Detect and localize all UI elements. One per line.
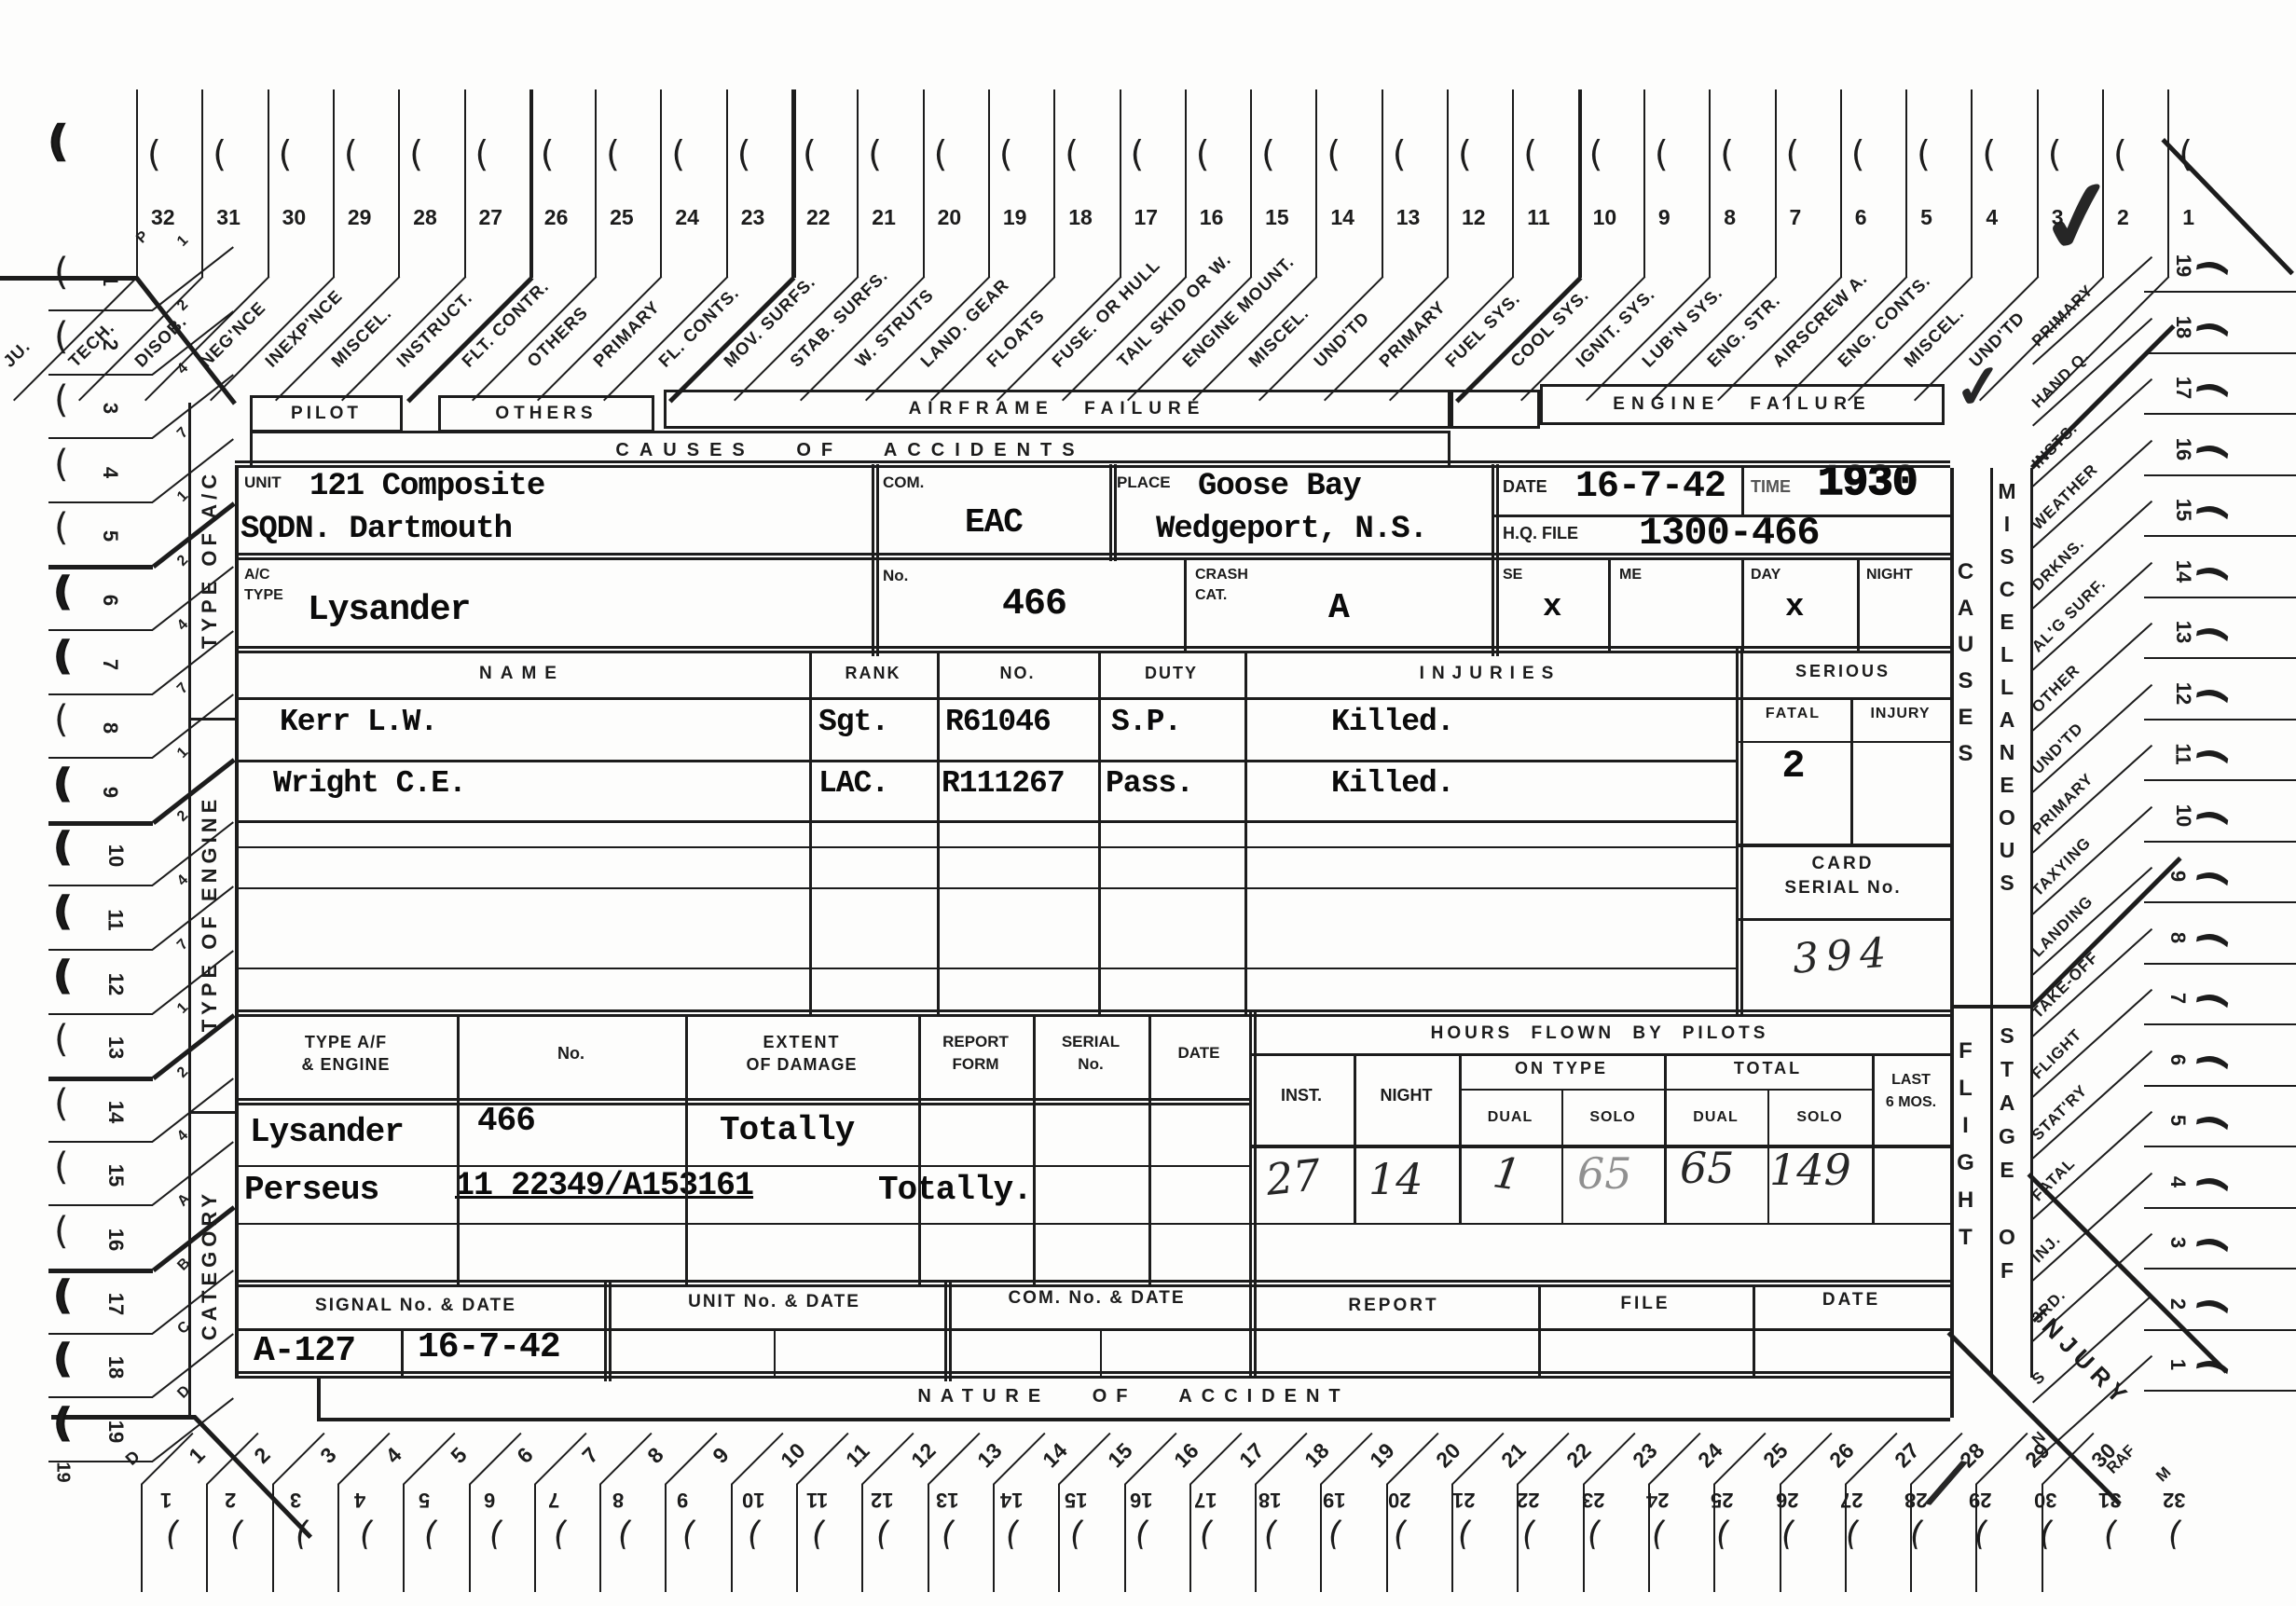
name-header-cell: NAME [235,664,809,684]
grid-line [1950,1378,1954,1418]
grid-line [401,1328,404,1378]
grid-line [774,1328,776,1378]
bottom-slot-number-inverted: 13 [936,1488,958,1512]
punch-slot-glyph: ( [54,893,71,930]
top-slot-label: PRIMARY [1375,296,1450,371]
hours-ontype-solo-value: 65 [1577,1148,1632,1199]
damage-serial-header-2: No. [1078,1055,1103,1074]
grid-line [1098,652,1101,1016]
grid-line [918,1016,921,1286]
total-dual-header: DUAL [1664,1109,1767,1126]
punch-slot-glyph: ( [1132,1517,1151,1552]
damage-no-header-cell: No. [457,1044,685,1064]
bottom-slot-number: 22 [1561,1438,1596,1473]
right-slot-number: 8 [2165,931,2190,942]
punch-slot-glyph: ( [550,1517,570,1552]
grid-line-double [944,1283,952,1381]
right-slot-number: 4 [2165,1175,2190,1187]
grid-line [1354,1053,1356,1223]
grid-line-double [235,646,1950,653]
punch-slot-glyph: ( [1458,136,1472,172]
grid-line [988,89,990,278]
punch-slot-glyph: ( [1589,136,1603,172]
place-label: PLACE [1117,474,1171,492]
night-label: NIGHT [1381,1086,1433,1105]
punch-slot-glyph: ( [213,136,227,172]
grid-line [599,1484,601,1592]
duty-header-cell: DUTY [1098,664,1244,683]
punch-slot-glyph: ( [2194,1233,2232,1256]
place-value-line2: Wedgeport, N.S. [1156,512,1427,547]
bottom-slot-number-inverted: 22 [1517,1488,1539,1512]
left-slot-number: 17 [103,1292,128,1314]
bottom-slot-number: 20 [1431,1438,1465,1473]
top-slot-number: 12 [1462,205,1486,230]
bottom-slot-number-inverted: 23 [1582,1488,1604,1512]
edge-diagonal-line [152,246,234,310]
grid-line [1185,89,1187,278]
grid-line [1736,918,1950,921]
com-value: EAC [965,503,1023,542]
bottom-slot-number-inverted: 18 [1258,1488,1281,1512]
bottom-slot-number: 10 [776,1438,810,1473]
bottom-slot-number: 18 [1299,1438,1334,1473]
edge-diagonal-line [337,1433,391,1486]
punch-slot-glyph: ( [999,136,1013,172]
grid-line [2144,291,2296,293]
bottom-slot-number: 19 [1366,1438,1400,1473]
card-serial-value-cell: 394 [1736,932,1950,980]
grid-line [235,968,1736,969]
punch-slot-glyph: ( [54,1148,69,1186]
punch-slot-glyph: ( [279,136,293,172]
grid-line [1561,1089,1563,1223]
left-slot-number: 7 [98,658,122,669]
left-slot-number: 12 [103,972,128,995]
bottom-slot-number-inverted: 20 [1388,1488,1410,1512]
punch-slot-glyph: ( [868,136,882,172]
bottom-slot-number-inverted: 32 [2163,1488,2185,1512]
se-label: SE [1503,567,1522,583]
crash-cat-value: A [1328,588,1349,628]
bottom-slot-number-inverted: 10 [742,1488,764,1512]
crew-row-rank: LAC. [818,766,888,801]
grid-line [2144,352,2296,354]
file-header-cell: FILE [1538,1294,1753,1314]
last-label-1: LAST [1891,1072,1931,1089]
bottom-slot-number-inverted: 21 [1452,1488,1475,1512]
punch-slot-glyph: ( [2179,136,2193,172]
left-slot-number: 1 [98,275,122,286]
bottom-slot-number-inverted: 27 [1840,1488,1863,1512]
last-label-2: 6 MOS. [1886,1094,1936,1111]
left-slot-number: 10 [103,844,128,867]
dual-label: DUAL [1693,1109,1738,1126]
bottom-slot-number-inverted: 28 [1904,1488,1927,1512]
grid-line [2144,719,2296,721]
card-serial-label-1: CARD [1812,854,1875,874]
grid-line [403,1484,405,1592]
grid-line [1736,844,1950,847]
bottom-slot-number-inverted: 17 [1194,1488,1217,1512]
grid-line [398,89,400,278]
punch-slot-glyph: ( [54,446,69,483]
grid-line [1033,1016,1036,1286]
grid-line-double [235,553,1950,560]
punch-slot-glyph: ( [1917,136,1931,172]
damage-type-header-cell: TYPE A/F [235,1033,457,1052]
grid-line [48,1269,153,1273]
grid-line-double [872,464,879,656]
grid-line [993,1484,995,1592]
signal-no-value: A-127 [254,1331,355,1371]
punch-slot-glyph: ( [1713,1517,1733,1552]
left-slot-number: 5 [98,530,122,542]
top-slot-number: 15 [1265,205,1289,230]
punch-slot-glyph: ( [227,1517,247,1552]
right-slot-number: 16 [2171,437,2195,460]
punch-slot-glyph: ( [48,121,67,162]
top-slot-number: 30 [282,205,307,230]
bottom-slot-number-inverted: 2 [225,1488,236,1512]
pilot-header-box: PILOT [250,395,403,432]
ac-type-label-2: TYPE [244,587,283,604]
grid-line [731,1484,733,1592]
hours-ontype-dual-value: 1 [1490,1146,1524,1201]
punch-slot-glyph: ( [2048,136,2062,172]
punch-slot-glyph: ( [680,1517,699,1552]
punch-slot-glyph: ( [1067,1517,1087,1552]
grid-line [2144,1390,2296,1392]
grid-line [48,757,153,759]
left-slot-code: C [174,1319,194,1338]
bottom-slot-number-inverted: 15 [1065,1488,1087,1512]
grid-line [2144,657,2296,659]
solo-label: SOLO [1589,1109,1635,1126]
se-value: x [1543,590,1560,625]
top-slot-number: 6 [1855,205,1867,230]
grid-line [1124,1484,1126,1592]
right-band-flight: FLIGHT [1952,1038,1978,1283]
grid-line [796,1484,798,1592]
punch-slot-glyph: ( [606,136,620,172]
accident-record-card: PILOT OTHERS AIRFRAME FAILURE ENGINE FAI… [0,0,2296,1606]
grid-line [48,949,153,951]
edge-diagonal-line [192,1415,312,1539]
punch-slot-glyph: ( [54,829,71,866]
top-slot-number: 18 [1068,205,1093,230]
airframe-failure-header-box: AIRFRAME FAILURE [664,390,1450,429]
inst-label: INST. [1281,1086,1322,1105]
edge-diagonal-line [534,1433,587,1486]
name-header: NAME [479,664,565,684]
card-serial-value: 394 [1791,928,1894,982]
grid-line [1512,89,1514,278]
bottom-slot-number-inverted: 30 [2034,1488,2056,1512]
grid-line-double [1109,464,1117,561]
damage-serial-header-cell: SERIAL [1033,1033,1148,1051]
crew-row-duty: S.P. [1111,705,1181,739]
top-slot-number: 13 [1396,205,1421,230]
grid-line [2102,89,2104,278]
grid-line [2144,779,2296,781]
grid-line [1990,468,1993,1378]
grid-line [201,89,203,278]
top-slot-number: 29 [348,205,372,230]
damage-report-header-2: FORM [952,1055,998,1074]
punch-slot-glyph: ( [54,1021,69,1058]
grid-line [2144,963,2296,965]
bottom-slot-number: 9 [708,1442,735,1468]
damage-type-header-2: & ENGINE [301,1055,390,1075]
grid-line [1643,89,1645,278]
bottom-slot-number: 21 [1496,1438,1531,1473]
left-slot-number: 11 [103,909,128,930]
grid-line [1148,1016,1151,1286]
punch-slot-glyph: ( [1786,136,1800,172]
bottom-slot-number: 17 [1234,1438,1269,1473]
grid-line [48,1141,153,1143]
right-band-stage-of: STAGE OF [1994,1023,2019,1309]
grid-line [272,1484,274,1592]
injury-header: INJURY [1870,706,1930,722]
damage-row-type: Lysander [250,1113,404,1151]
top-slot-label: PRIMARY [589,296,664,371]
grid-line [1741,468,1744,515]
grid-line [235,887,1736,889]
grid-line [685,1016,688,1286]
com-label: COM. [883,474,924,492]
hq-file-value: 1300-466 [1639,511,1820,556]
grid-line [188,718,235,721]
left-slot-number: 6 [98,595,122,606]
punch-slot-glyph: ( [1648,1517,1668,1552]
damage-date-header-cell: DATE [1148,1044,1249,1063]
grid-line [937,652,940,1016]
top-slot-number: 17 [1134,205,1159,230]
bottom-slot-number: 26 [1824,1438,1859,1473]
punch-slot-glyph: ( [1519,1517,1539,1552]
grid-line [1315,89,1317,278]
bottom-slot-number-inverted: 6 [484,1488,495,1512]
right-slot-number: 17 [2171,377,2195,399]
serious-header-cell: SERIOUS [1736,662,1950,681]
unit-label: UNIT [244,474,282,492]
unit-value-line2: SQDN. Dartmouth [241,512,512,547]
fatal-header-cell: FATAL [1736,706,1850,722]
com-no-header: COM. No. & DATE [1008,1288,1185,1309]
bottom-slot-number-inverted: 7 [548,1488,559,1512]
punch-slot-glyph: ( [162,1517,182,1552]
damage-row-no: 11 22349/A153161 [455,1167,753,1204]
bottom-slot-number-inverted: 9 [677,1488,688,1512]
bottom-date-header: DATE [1822,1290,1880,1311]
grid-line [2144,1207,2296,1209]
bottom-date-header-cell: DATE [1753,1290,1950,1311]
grid-line [268,89,269,278]
punch-slot-glyph: ( [54,1405,71,1442]
damage-row-type: Perseus [244,1171,378,1209]
top-slot-number: 5 [1920,205,1932,230]
left-slot-number: 3 [98,403,122,414]
grid-line [1850,697,1853,844]
left-slot-number: 13 [103,1036,128,1059]
bottom-slot-number-inverted: 16 [1130,1488,1152,1512]
punch-slot-glyph: ( [2194,867,2232,889]
grid-line [529,89,534,278]
right-slot-number: 15 [2171,499,2195,521]
grid-line [469,1484,471,1592]
punch-slot-glyph: ( [808,1517,828,1552]
grid-line [809,652,812,1016]
grid-line [2144,1329,2296,1331]
on-type-label: ON TYPE [1515,1059,1608,1078]
grid-line [1857,559,1860,652]
top-slot-number: 32 [151,205,175,230]
grid-line [1767,1089,1769,1223]
bottom-slot-number-inverted: 1 [160,1488,172,1512]
crew-row-name: Kerr L.W. [280,705,437,739]
grid-line [235,1328,1950,1331]
punch-slot-glyph: ( [356,1517,376,1552]
crew-row-rank: Sgt. [818,705,888,739]
punch-slot-glyph: ( [2100,1517,2120,1552]
right-slot-number: 3 [2165,1237,2190,1248]
top-slot-number: 19 [1003,205,1027,230]
airframe-failure-header: AIRFRAME FAILURE [909,399,1206,419]
grid-line [1753,1286,1755,1378]
punch-slot-glyph: ( [2194,1355,2232,1378]
punch-slot-glyph: ( [737,136,751,172]
bottom-slot-number: 7 [577,1442,603,1468]
left-slot-code: D [174,1382,194,1402]
card-serial-label-cell-2: SERIAL No. [1736,878,1950,899]
hours-title-cell: HOURS FLOWN BY PILOTS [1249,1023,1950,1044]
engine-failure-header: ENGINE FAILURE [1613,394,1871,415]
grid-line [2144,413,2296,415]
left-band-type-of-ac: TYPE OF A/C [198,405,224,713]
damage-report-header-cell: REPORT [918,1033,1033,1051]
top-slot-label: JU. [0,336,34,372]
grid-line [235,468,239,1378]
punch-slot-glyph: ( [54,381,69,419]
crash-cat-label-1: CRASH [1195,567,1248,583]
top-slot-number: 3 [2052,205,2064,230]
grid-line [136,89,138,278]
grid-line [1578,89,1583,278]
grid-line [457,1016,460,1286]
grid-line [48,1013,153,1015]
top-slot-number: 7 [1790,205,1802,230]
grid-line [317,1378,321,1418]
grid-line-double [1249,1009,1257,1378]
grid-line [235,1165,1249,1167]
top-slot-number: 4 [1986,205,1998,230]
edge-diagonal-line [469,1433,522,1486]
no-header-cell: NO. [937,664,1098,683]
date-value: 16-7-42 [1575,466,1725,508]
right-slot-number: 13 [2171,621,2195,643]
punch-slot-glyph: ( [1196,136,1210,172]
damage-row-extent: Totally. [878,1171,1032,1209]
grid-line [595,89,597,278]
time-label: TIME [1751,477,1791,497]
left-slot-code: B [174,1255,194,1274]
edge-diagonal-line [272,1433,325,1486]
punch-slot-glyph: ( [873,1517,893,1552]
crew-row-injuries: Killed. [1331,766,1454,801]
punch-slot-glyph: ( [54,1277,71,1314]
punch-slot-glyph: ( [1584,1517,1603,1552]
punch-slot-glyph: ( [2194,318,2232,340]
punch-slot-glyph: ( [2194,440,2232,462]
damage-extent-header-cell: EXTENT [685,1033,918,1052]
grid-line [1538,1286,1541,1378]
edge-diagonal-line [403,1433,456,1486]
damage-date-header: DATE [1177,1044,1219,1063]
left-slot-code: 1 [174,232,192,250]
grid-line [861,1484,863,1592]
punch-slot-glyph: ( [2194,989,2232,1011]
punch-slot-glyph: ( [1393,136,1407,172]
total-label: TOTAL [1734,1059,1802,1078]
hours-total-solo-value: 149 [1769,1145,1851,1195]
grid-line [2144,1268,2296,1270]
grid-line [48,1204,153,1206]
left-slot-number: 2 [98,338,122,350]
punch-slot-glyph: ( [54,1340,71,1378]
grid-line [1184,559,1187,652]
hours-title: HOURS FLOWN BY PILOTS [1431,1023,1769,1044]
pilot-header: PILOT [291,404,362,424]
grid-line [2144,1023,2296,1025]
punch-slot-glyph: ( [1720,136,1734,172]
punch-slot-glyph: ( [671,136,685,172]
right-slot-number: 11 [2171,743,2195,764]
top-slot-number: 9 [1658,205,1670,230]
top-slot-number: 27 [479,205,503,230]
bottom-slot-number: 13 [972,1438,1007,1473]
grid-line [1459,1053,1462,1223]
right-band-miscellaneous: MISCELLANEOUS [1994,479,2019,1007]
bottom-slot-number: 11 [841,1438,874,1472]
grid-line-double [235,460,1950,468]
bottom-slot-number-inverted: 14 [1000,1488,1023,1512]
grid-line [464,89,466,278]
signal-date-value: 16-7-42 [418,1327,560,1367]
bottom-slot-number-inverted: 11 [806,1488,828,1512]
crew-row-no: R111267 [942,766,1065,801]
ac-no-label: No. [883,567,908,585]
bottom-slot-number-inverted: 25 [1711,1488,1733,1512]
punch-slot-glyph: ( [2194,623,2232,645]
injuries-header: INJURIES [1420,664,1561,684]
grid-line [2144,1146,2296,1147]
injury-header-cell: INJURY [1850,706,1950,722]
grid-line [1250,89,1252,278]
crew-row-no: R61046 [945,705,1051,739]
punch-slot-glyph: ( [54,1213,69,1250]
grid-line [1189,1484,1191,1592]
file-header: FILE [1620,1294,1670,1314]
hours-night-value: 14 [1368,1154,1423,1204]
punch-slot-glyph: ( [615,1517,635,1552]
grid-line [1840,89,1842,278]
grid-line-double [604,1283,612,1381]
punch-slot-glyph: ( [2113,136,2127,172]
grid-line [51,1415,196,1420]
left-slot-number: 16 [103,1229,128,1251]
